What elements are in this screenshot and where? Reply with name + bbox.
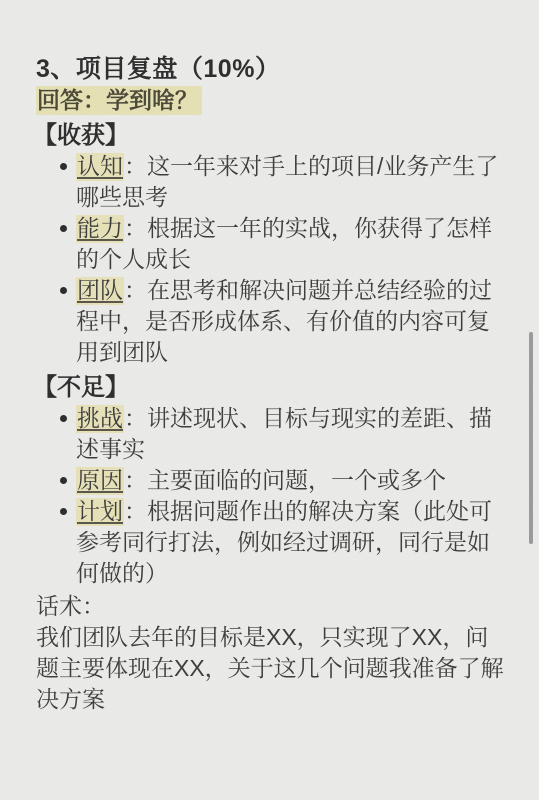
keyword-highlight: 挑战	[76, 405, 124, 433]
subtitle-highlight: 回答：学到啥？	[36, 86, 202, 115]
section-heading-shortcomings: 【不足】	[33, 372, 511, 403]
keyword-highlight: 能力	[76, 215, 124, 243]
gains-list: 认知：这一年来对手上的项目/业务产生了哪些思考 能力：根据这一年的实战，你获得了…	[36, 151, 511, 368]
list-item: 团队：在思考和解决问题并总结经验的过程中，是否形成体系、有价值的内容可复用到团队	[36, 275, 511, 368]
item-text: ：根据这一年的实战，你获得了怎样的个人成长	[76, 215, 492, 272]
subtitle-row: 回答：学到啥？	[36, 85, 511, 116]
shortcomings-list: 挑战：讲述现状、目标与现实的差距、描述事实 原因：主要面临的问题，一个或多个 计…	[36, 403, 511, 589]
note-page: 3、项目复盘（10%） 回答：学到啥？ 【收获】 认知：这一年来对手上的项目/业…	[0, 0, 539, 715]
list-item: 能力：根据这一年的实战，你获得了怎样的个人成长	[36, 213, 511, 275]
script-label: 话术：	[36, 591, 511, 622]
keyword-highlight: 原因	[76, 467, 124, 495]
section-gains: 【收获】 认知：这一年来对手上的项目/业务产生了哪些思考 能力：根据这一年的实战…	[36, 120, 511, 368]
keyword-highlight: 计划	[76, 498, 124, 526]
list-item: 认知：这一年来对手上的项目/业务产生了哪些思考	[36, 151, 511, 213]
keyword-highlight: 团队	[76, 277, 124, 305]
item-text: ：根据问题作出的解决方案（此处可参考同行打法，例如经过调研，同行是如何做的）	[76, 498, 492, 586]
script-block: 话术： 我们团队去年的目标是XX，只实现了XX，问题主要体现在XX，关于这几个问…	[36, 591, 511, 715]
item-text: ：这一年来对手上的项目/业务产生了哪些思考	[76, 153, 498, 210]
section-shortcomings: 【不足】 挑战：讲述现状、目标与现实的差距、描述事实 原因：主要面临的问题，一个…	[36, 372, 511, 589]
list-item: 原因：主要面临的问题，一个或多个	[36, 465, 511, 496]
item-text: ：讲述现状、目标与现实的差距、描述事实	[76, 405, 492, 462]
list-item: 计划：根据问题作出的解决方案（此处可参考同行打法，例如经过调研，同行是如何做的）	[36, 496, 511, 589]
keyword-highlight: 认知	[76, 153, 124, 181]
item-text: ：主要面临的问题，一个或多个	[124, 467, 446, 493]
item-text: ：在思考和解决问题并总结经验的过程中，是否形成体系、有价值的内容可复用到团队	[76, 277, 492, 365]
scrollbar[interactable]	[529, 332, 533, 544]
page-title: 3、项目复盘（10%）	[36, 54, 511, 85]
script-text: 我们团队去年的目标是XX，只实现了XX，问题主要体现在XX，关于这几个问题我准备…	[36, 622, 511, 715]
section-heading-gains: 【收获】	[33, 120, 511, 151]
list-item: 挑战：讲述现状、目标与现实的差距、描述事实	[36, 403, 511, 465]
